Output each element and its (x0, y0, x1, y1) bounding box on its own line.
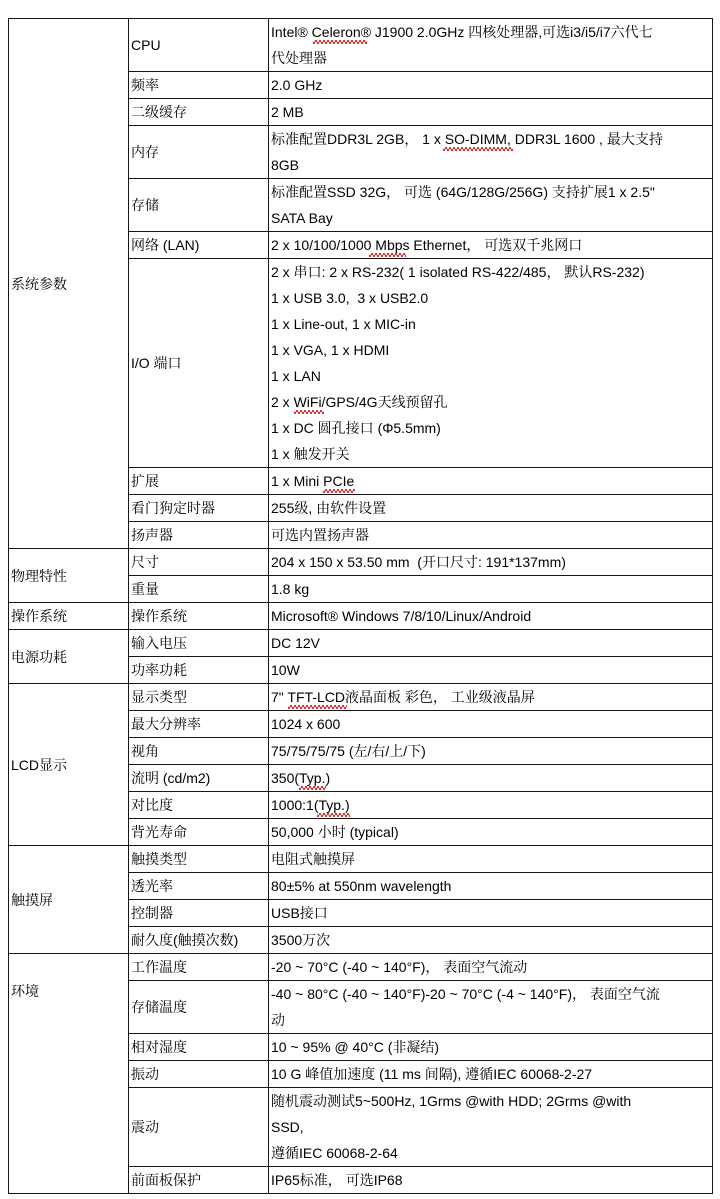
value-cell: 3500万次 (269, 927, 713, 954)
item-cell: 频率 (129, 72, 269, 99)
item-cell: 流明 (cd/m2) (129, 765, 269, 792)
spec-row: 电源功耗输入电压DC 12V (9, 630, 713, 657)
value-cell: 可选内置扬声器 (269, 522, 713, 549)
value-cell: 10 G 峰值加速度 (11 ms 间隔), 遵循IEC 60068-2-27 (269, 1061, 713, 1088)
value-cell: 75/75/75/75 (左/右/上/下) (269, 738, 713, 765)
value-cell: 2 x 串口: 2 x RS-232( 1 isolated RS-422/48… (269, 259, 713, 468)
value-cell: Intel® Celeron® J1900 2.0GHz 四核处理器,可选i3/… (269, 19, 713, 72)
item-cell: 耐久度(触摸次数) (129, 927, 269, 954)
spec-row: 操作系统操作系统Microsoft® Windows 7/8/10/Linux/… (9, 603, 713, 630)
value-cell: 10 ~ 95% @ 40°C (非凝结) (269, 1034, 713, 1061)
item-cell: 前面板保护 (129, 1167, 269, 1194)
value-cell: 随机震动测试5~500Hz, 1Grms @with HDD; 2Grms @w… (269, 1088, 713, 1167)
spellcheck-squiggle-WiFi (294, 410, 324, 414)
item-cell: 背光寿命 (129, 819, 269, 846)
value-cell: Microsoft® Windows 7/8/10/Linux/Android (269, 603, 713, 630)
value-cell: 10W (269, 657, 713, 684)
value-cell: 80±5% at 550nm wavelength (269, 873, 713, 900)
value-cell: 204 x 150 x 53.50 mm (开口尺寸: 191*137mm) (269, 549, 713, 576)
category-cell-environment: 环境 (9, 954, 129, 1194)
item-cell: 网络 (LAN) (129, 232, 269, 259)
item-cell: 震动 (129, 1088, 269, 1167)
item-cell: 操作系统 (129, 603, 269, 630)
item-cell: 存储温度 (129, 981, 269, 1034)
document-page: 系统参数CPUIntel® Celeron® J1900 2.0GHz 四核处理… (0, 0, 720, 1199)
item-cell: 扬声器 (129, 522, 269, 549)
item-cell: 重量 (129, 576, 269, 603)
spec-table-body: 系统参数CPUIntel® Celeron® J1900 2.0GHz 四核处理… (9, 19, 713, 1194)
spellcheck-squiggle-TFT-LCD (288, 705, 347, 709)
value-cell: 255级, 由软件设置 (269, 495, 713, 522)
value-cell: 1 x Mini PCIe (269, 468, 713, 495)
spec-row: 触摸屏触摸类型电阻式触摸屏 (9, 846, 713, 873)
value-cell: 电阻式触摸屏 (269, 846, 713, 873)
value-cell: 350(Typ.) (269, 765, 713, 792)
value-cell: 7" TFT-LCD液晶面板 彩色， 工业级液晶屏 (269, 684, 713, 711)
spellcheck-squiggle-Celeron (313, 40, 367, 44)
spellcheck-squiggle-Typ. (317, 813, 350, 817)
item-cell: 扩展 (129, 468, 269, 495)
item-cell: 功率功耗 (129, 657, 269, 684)
item-cell: 二级缓存 (129, 99, 269, 126)
value-cell: -20 ~ 70°C (-40 ~ 140°F)， 表面空气流动 (269, 954, 713, 981)
value-cell: 1000:1(Typ.) (269, 792, 713, 819)
item-cell: 尺寸 (129, 549, 269, 576)
spellcheck-squiggle-PCIe (323, 489, 355, 493)
item-cell: 触摸类型 (129, 846, 269, 873)
value-cell: 标准配置SSD 32G， 可选 (64G/128G/256G) 支持扩展1 x … (269, 179, 713, 232)
category-cell-system-params: 系统参数 (9, 19, 129, 549)
category-cell-touchscreen: 触摸屏 (9, 846, 129, 954)
value-cell: -40 ~ 80°C (-40 ~ 140°F)-20 ~ 70°C (-4 ~… (269, 981, 713, 1034)
item-cell: 控制器 (129, 900, 269, 927)
item-cell: 显示类型 (129, 684, 269, 711)
value-cell: 1024 x 600 (269, 711, 713, 738)
spec-row: 环境工作温度-20 ~ 70°C (-40 ~ 140°F)， 表面空气流动 (9, 954, 713, 981)
item-cell: 振动 (129, 1061, 269, 1088)
value-cell: DC 12V (269, 630, 713, 657)
spec-row: 物理特性尺寸204 x 150 x 53.50 mm (开口尺寸: 191*13… (9, 549, 713, 576)
spec-table: 系统参数CPUIntel® Celeron® J1900 2.0GHz 四核处理… (8, 18, 713, 1194)
spellcheck-squiggle-SO-DIMM (443, 147, 513, 151)
item-cell: 存储 (129, 179, 269, 232)
value-cell: 标准配置DDR3L 2GB， 1 x SO-DIMM, DDR3L 1600 ,… (269, 126, 713, 179)
spec-row: 系统参数CPUIntel® Celeron® J1900 2.0GHz 四核处理… (9, 19, 713, 72)
item-cell: CPU (129, 19, 269, 72)
value-cell: 2 x 10/100/1000 Mbps Ethernet， 可选双千兆网口 (269, 232, 713, 259)
value-cell: USB接口 (269, 900, 713, 927)
spellcheck-squiggle-Typ. (299, 786, 326, 790)
item-cell: 视角 (129, 738, 269, 765)
item-cell: 最大分辨率 (129, 711, 269, 738)
value-cell: 2 MB (269, 99, 713, 126)
item-cell: 相对湿度 (129, 1034, 269, 1061)
category-cell-power: 电源功耗 (9, 630, 129, 684)
item-cell: 输入电压 (129, 630, 269, 657)
category-cell-lcd: LCD显示 (9, 684, 129, 846)
item-cell: 对比度 (129, 792, 269, 819)
spec-row: LCD显示显示类型7" TFT-LCD液晶面板 彩色， 工业级液晶屏 (9, 684, 713, 711)
item-cell: 看门狗定时器 (129, 495, 269, 522)
item-cell: 内存 (129, 126, 269, 179)
item-cell: 透光率 (129, 873, 269, 900)
value-cell: 50,000 小时 (typical) (269, 819, 713, 846)
item-cell: 工作温度 (129, 954, 269, 981)
category-cell-physical: 物理特性 (9, 549, 129, 603)
value-cell: IP65标准， 可选IP68 (269, 1167, 713, 1194)
category-cell-os: 操作系统 (9, 603, 129, 630)
value-cell: 2.0 GHz (269, 72, 713, 99)
item-cell: I/O 端口 (129, 259, 269, 468)
value-cell: 1.8 kg (269, 576, 713, 603)
spellcheck-squiggle-Mbps (369, 253, 406, 257)
